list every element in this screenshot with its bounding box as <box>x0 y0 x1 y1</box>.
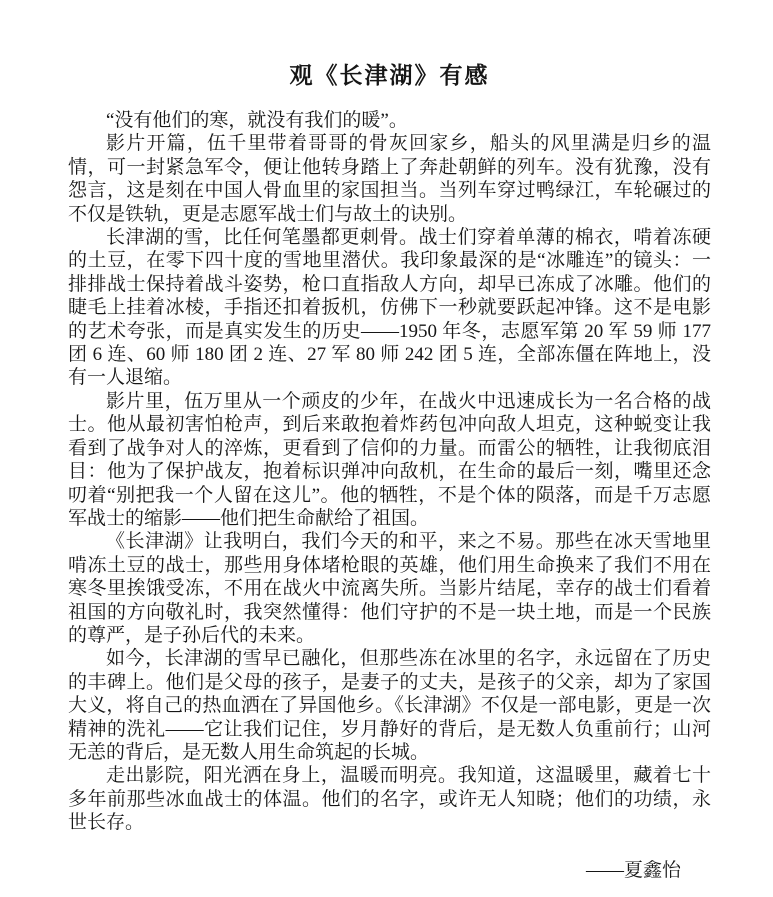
author-signature: ——夏鑫怡 <box>68 859 711 882</box>
paragraph-opening-quote: “没有他们的寒，就没有我们的暖”。 <box>68 109 711 132</box>
paragraph: 如今，长津湖的雪早已融化，但那些冻在冰里的名字，永远留在了历史的丰碑上。他们是父… <box>68 647 711 764</box>
document-title: 观《长津湖》有感 <box>68 60 711 92</box>
paragraph: 《长津湖》让我明白，我们今天的和平，来之不易。那些在冰天雪地里啃冻土豆的战士，那… <box>68 530 711 647</box>
paragraph: 影片里，伍万里从一个顽皮的少年，在战火中迅速成长为一名合格的战士。他从最初害怕枪… <box>68 390 711 530</box>
document-page: 观《长津湖》有感 “没有他们的寒，就没有我们的暖”。 影片开篇，伍千里带着哥哥的… <box>0 0 773 897</box>
paragraph: 长津湖的雪，比任何笔墨都更刺骨。战士们穿着单薄的棉衣，啃着冻硬的土豆，在零下四十… <box>68 226 711 390</box>
paragraph: 走出影院，阳光洒在身上，温暖而明亮。我知道，这温暖里，藏着七十多年前那些冰血战士… <box>68 764 711 834</box>
paragraph: 影片开篇，伍千里带着哥哥的骨灰回家乡，船头的风里满是归乡的温情，可一封紧急军令，… <box>68 132 711 226</box>
